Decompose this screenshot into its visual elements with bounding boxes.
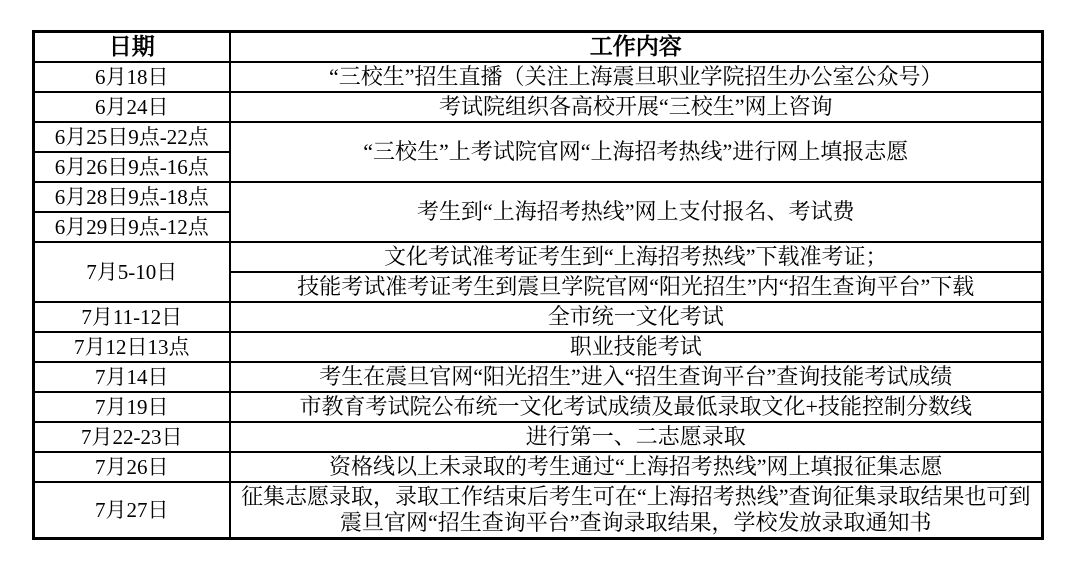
content-cell: 资格线以上未录取的考生通过“上海招考热线”网上填报征集志愿: [230, 452, 1043, 482]
content-cell: 市教育考试院公布统一文化考试成绩及最低录取文化+技能控制分数线: [230, 392, 1043, 422]
table-row: 7月11-12日 全市统一文化考试: [34, 302, 1043, 332]
table-row: 7月22-23日 进行第一、二志愿录取: [34, 422, 1043, 452]
date-cell: 7月5-10日: [34, 242, 230, 302]
table-header-row: 日期 工作内容: [34, 32, 1043, 63]
date-cell: 6月24日: [34, 92, 230, 122]
date-cell: 7月14日: [34, 362, 230, 392]
table-row: 7月5-10日 文化考试准考证考生到“上海招考热线”下载准考证；: [34, 242, 1043, 272]
date-cell: 6月29日9点-12点: [34, 212, 230, 242]
table-row: 6月28日9点-18点 考生到“上海招考热线”网上支付报名、考试费: [34, 182, 1043, 212]
date-cell: 6月18日: [34, 62, 230, 92]
content-column-header: 工作内容: [230, 32, 1043, 63]
content-cell: 考生到“上海招考热线”网上支付报名、考试费: [230, 182, 1043, 242]
table-row: 7月26日 资格线以上未录取的考生通过“上海招考热线”网上填报征集志愿: [34, 452, 1043, 482]
date-cell: 7月27日: [34, 482, 230, 539]
table-row: 7月14日 考生在震旦官网“阳光招生”进入“招生查询平台”查询技能考试成绩: [34, 362, 1043, 392]
content-cell: 考试院组织各高校开展“三校生”网上咨询: [230, 92, 1043, 122]
date-column-header: 日期: [34, 32, 230, 63]
page: 日期 工作内容 6月18日 “三校生”招生直播（关注上海震旦职业学院招生办公室公…: [0, 0, 1080, 578]
content-cell: 进行第一、二志愿录取: [230, 422, 1043, 452]
content-cell: 技能考试准考证考生到震旦学院官网“阳光招生”内“招生查询平台”下载: [230, 272, 1043, 302]
table-row: 7月12日13点 职业技能考试: [34, 332, 1043, 362]
table-row: 6月25日9点-22点 “三校生”上考试院官网“上海招考热线”进行网上填报志愿: [34, 122, 1043, 152]
content-cell: 全市统一文化考试: [230, 302, 1043, 332]
date-cell: 6月28日9点-18点: [34, 182, 230, 212]
date-cell: 6月25日9点-22点: [34, 122, 230, 152]
table-row: 7月19日 市教育考试院公布统一文化考试成绩及最低录取文化+技能控制分数线: [34, 392, 1043, 422]
date-cell: 6月26日9点-16点: [34, 152, 230, 182]
date-cell: 7月22-23日: [34, 422, 230, 452]
date-cell: 7月12日13点: [34, 332, 230, 362]
table-row: 6月24日 考试院组织各高校开展“三校生”网上咨询: [34, 92, 1043, 122]
content-cell: 文化考试准考证考生到“上海招考热线”下载准考证；: [230, 242, 1043, 272]
content-cell: “三校生”上考试院官网“上海招考热线”进行网上填报志愿: [230, 122, 1043, 182]
table-row: 6月18日 “三校生”招生直播（关注上海震旦职业学院招生办公室公众号）: [34, 62, 1043, 92]
date-cell: 7月19日: [34, 392, 230, 422]
content-cell: 征集志愿录取，录取工作结束后考生可在“上海招考热线”查询征集录取结果也可到震旦官…: [230, 482, 1043, 539]
content-cell: “三校生”招生直播（关注上海震旦职业学院招生办公室公众号）: [230, 62, 1043, 92]
content-cell: 职业技能考试: [230, 332, 1043, 362]
date-cell: 7月26日: [34, 452, 230, 482]
table-row: 7月27日 征集志愿录取，录取工作结束后考生可在“上海招考热线”查询征集录取结果…: [34, 482, 1043, 539]
enrollment-schedule-table: 日期 工作内容 6月18日 “三校生”招生直播（关注上海震旦职业学院招生办公室公…: [32, 30, 1044, 540]
date-cell: 7月11-12日: [34, 302, 230, 332]
content-cell: 考生在震旦官网“阳光招生”进入“招生查询平台”查询技能考试成绩: [230, 362, 1043, 392]
